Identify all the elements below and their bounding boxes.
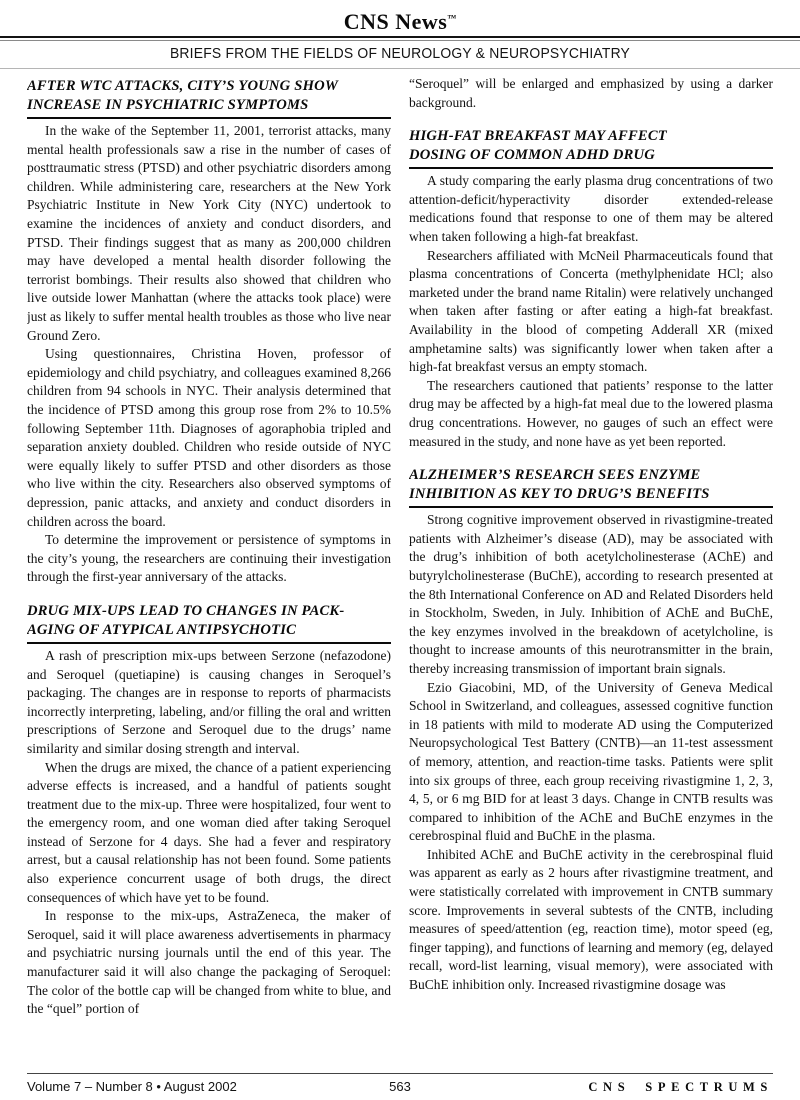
footer-page-number: 563 <box>389 1079 411 1094</box>
footer-journal-name: CNS SPECTRUMS <box>411 1080 773 1095</box>
article-heading-line1: AFTER WTC ATTACKS, CITY’S YOUNG SHOW <box>27 77 391 96</box>
article-paragraph: Inhibited AChE and BuChE activity in the… <box>409 846 773 995</box>
article-paragraph: In response to the mix-ups, AstraZeneca,… <box>27 907 391 1019</box>
article-heading: ALZHEIMER’S RESEARCH SEES ENZYME INHIBIT… <box>409 466 773 508</box>
article-paragraph: Researchers affiliated with McNeil Pharm… <box>409 247 773 377</box>
section-subtitle: BRIEFS FROM THE FIELDS OF NEUROLOGY & NE… <box>16 41 784 62</box>
article-paragraph: Strong cognitive improvement observed in… <box>409 511 773 678</box>
article-heading-line2: INCREASE IN PSYCHIATRIC SYMPTOMS <box>27 96 391 115</box>
journal-page: CNS News™ BRIEFS FROM THE FIELDS OF NEUR… <box>0 0 800 1100</box>
article-paragraph: A study comparing the early plasma drug … <box>409 172 773 246</box>
article-heading: HIGH-FAT BREAKFAST MAY AFFECT DOSING OF … <box>409 127 773 169</box>
article-heading: DRUG MIX-UPS LEAD TO CHANGES IN PACK- AG… <box>27 602 391 644</box>
continuation-paragraph: “Seroquel” will be enlarged and emphasiz… <box>409 75 773 112</box>
trademark-symbol: ™ <box>447 13 456 23</box>
masthead-title: CNS News™ <box>0 0 800 33</box>
article-heading-line2: AGING OF ATYPICAL ANTIPSYCHOTIC <box>27 621 391 640</box>
article-drug-mixups: DRUG MIX-UPS LEAD TO CHANGES IN PACK- AG… <box>27 602 391 1019</box>
article-heading-line1: HIGH-FAT BREAKFAST MAY AFFECT <box>409 127 773 146</box>
article-heading-line2: INHIBITION AS KEY TO DRUG’S BENEFITS <box>409 485 773 504</box>
footer-volume-info: Volume 7 – Number 8 • August 2002 <box>27 1079 389 1094</box>
article-paragraph: A rash of prescription mix-ups between S… <box>27 647 391 759</box>
article-paragraph: To determine the improvement or persiste… <box>27 531 391 587</box>
left-column: AFTER WTC ATTACKS, CITY’S YOUNG SHOW INC… <box>27 75 391 1070</box>
article-wtc-psychiatric-symptoms: AFTER WTC ATTACKS, CITY’S YOUNG SHOW INC… <box>27 77 391 587</box>
page-footer: Volume 7 – Number 8 • August 2002 563 CN… <box>27 1079 773 1095</box>
article-paragraph: Using questionnaires, Christina Hoven, p… <box>27 345 391 531</box>
article-highfat-breakfast: HIGH-FAT BREAKFAST MAY AFFECT DOSING OF … <box>409 127 773 451</box>
article-heading-line2: DOSING OF COMMON ADHD DRUG <box>409 146 773 165</box>
article-heading-line1: DRUG MIX-UPS LEAD TO CHANGES IN PACK- <box>27 602 391 621</box>
article-columns: AFTER WTC ATTACKS, CITY’S YOUNG SHOW INC… <box>0 69 800 1070</box>
footer-rule <box>27 1073 773 1074</box>
article-heading-line1: ALZHEIMER’S RESEARCH SEES ENZYME <box>409 466 773 485</box>
masthead-text: CNS News <box>344 9 448 34</box>
article-paragraph: When the drugs are mixed, the chance of … <box>27 759 391 908</box>
article-alzheimers-enzyme: ALZHEIMER’S RESEARCH SEES ENZYME INHIBIT… <box>409 466 773 994</box>
article-heading: AFTER WTC ATTACKS, CITY’S YOUNG SHOW INC… <box>27 77 391 119</box>
article-paragraph: The researchers cautioned that patients’… <box>409 377 773 451</box>
article-paragraph: In the wake of the September 11, 2001, t… <box>27 122 391 345</box>
right-column: “Seroquel” will be enlarged and emphasiz… <box>409 75 773 1070</box>
article-paragraph: Ezio Giacobini, MD, of the University of… <box>409 679 773 846</box>
page-header: CNS News™ BRIEFS FROM THE FIELDS OF NEUR… <box>0 0 800 69</box>
